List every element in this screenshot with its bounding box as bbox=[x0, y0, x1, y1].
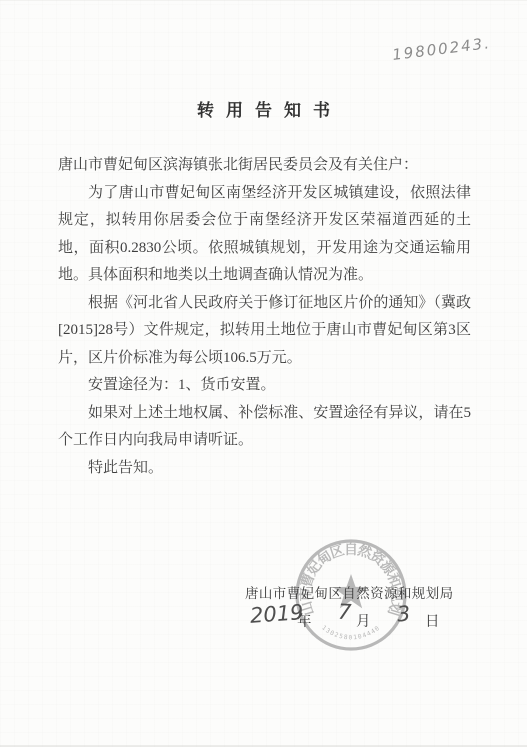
date-month-handwritten: 7 bbox=[337, 600, 352, 625]
scanned-document-page: 19800243. 转用告知书 唐山市曹妃甸区滨海镇张北街居民委员会及有关住户：… bbox=[0, 0, 527, 747]
paragraph: 安置途径为：1、货币安置。 bbox=[58, 372, 471, 400]
date-year-handwritten: 2019 bbox=[249, 600, 304, 628]
document-body: 唐山市曹妃甸区滨海镇张北街居民委员会及有关住户： 为了唐山市曹妃甸区南堡经济开发… bbox=[58, 152, 471, 482]
date-month-unit: 月 bbox=[356, 610, 371, 631]
signature-date: 2019 年 7 月 3 日 bbox=[0, 600, 527, 648]
paragraph: 如果对上述土地权属、补偿标准、安置途径有异议，请在5个工作日内向我局申请听证。 bbox=[58, 400, 471, 455]
date-day-unit: 日 bbox=[425, 610, 440, 631]
salutation: 唐山市曹妃甸区滨海镇张北街居民委员会及有关住户： bbox=[58, 152, 471, 180]
paragraph: 为了唐山市曹妃甸区南堡经济开发区城镇建设，依照法律规定，拟转用你居委会位于南堡经… bbox=[58, 180, 471, 290]
paragraph: 根据《河北省人民政府关于修订征地区片价的通知》（冀政[2015]28号）文件规定… bbox=[58, 290, 471, 373]
signature-agency: 唐山市曹妃甸区自然资源和规划局 bbox=[245, 582, 455, 602]
paragraph: 特此告知。 bbox=[58, 455, 471, 483]
handwritten-doc-number: 19800243. bbox=[391, 34, 492, 64]
document-title: 转用告知书 bbox=[0, 96, 527, 121]
date-year-unit: 年 bbox=[297, 610, 312, 631]
date-day-handwritten: 3 bbox=[396, 601, 412, 626]
